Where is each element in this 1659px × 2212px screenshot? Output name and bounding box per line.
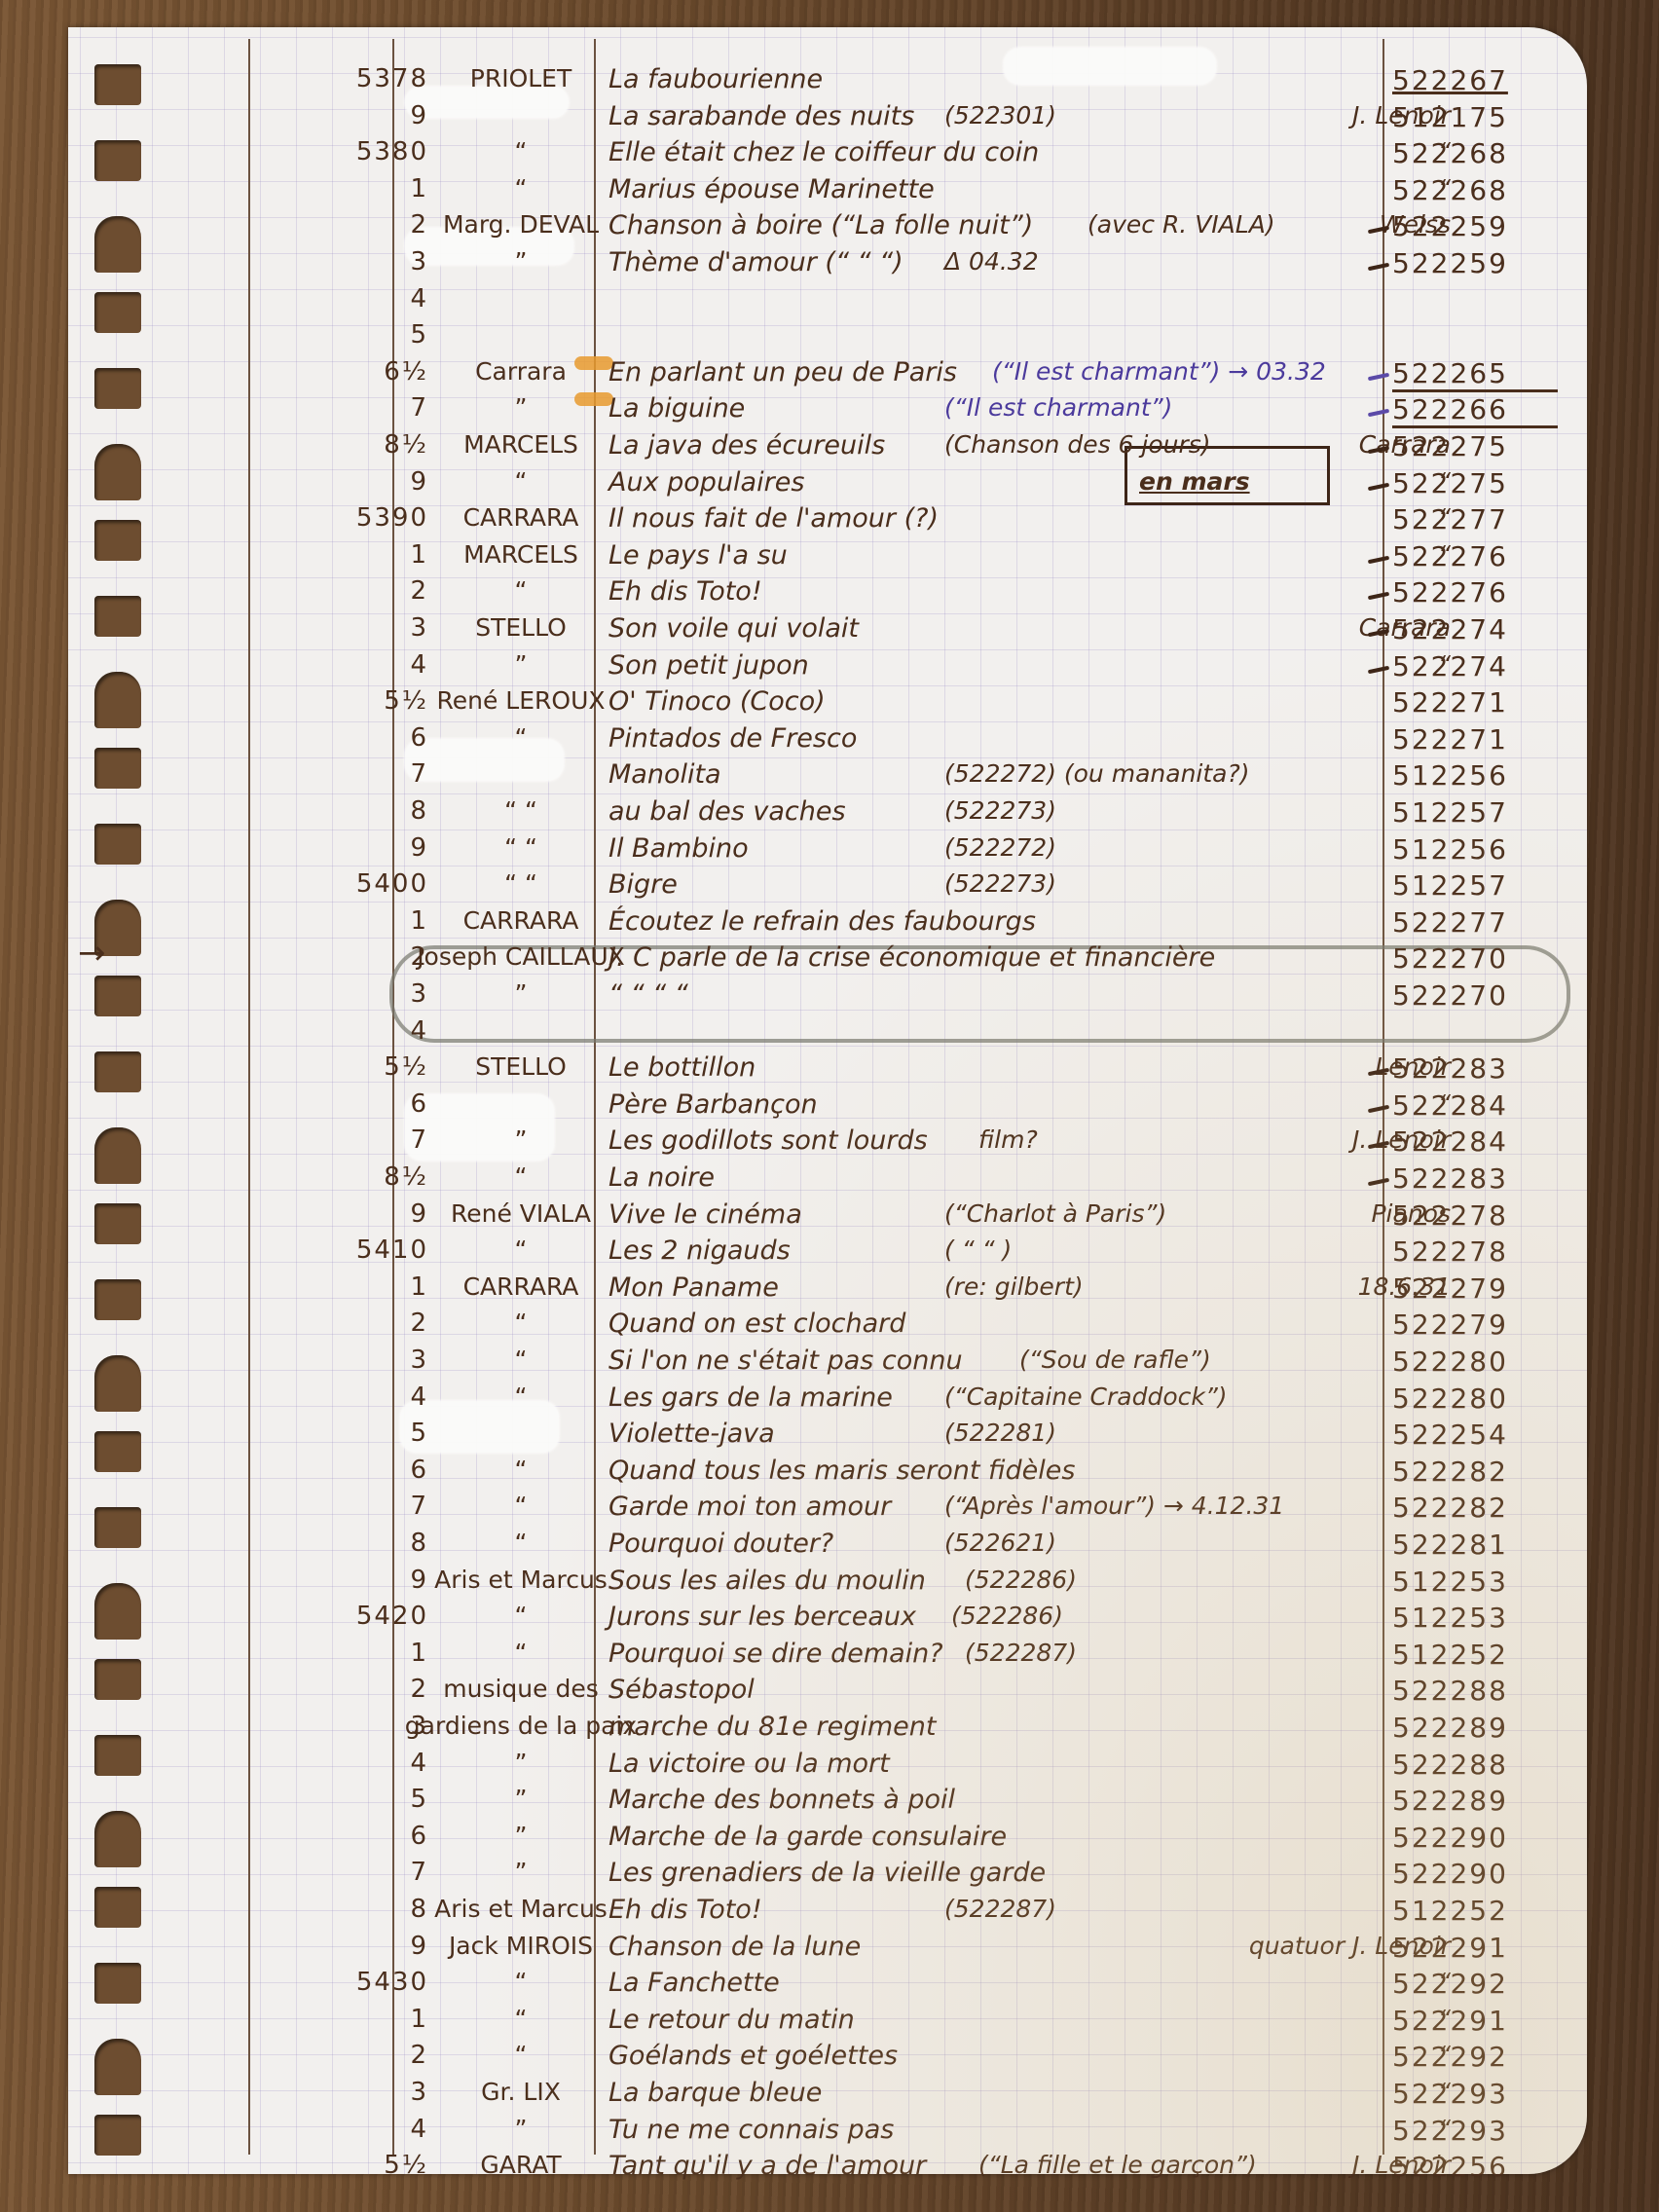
title-annotation: (“Capitaine Craddock”)	[944, 1382, 1228, 1411]
catalogue-number: 512252	[1392, 1639, 1558, 1671]
record-number: 1	[195, 1639, 428, 1668]
ledger-row: 6½ Carrara En parlant un peu de Paris (“…	[68, 357, 1587, 392]
record-number: 5410	[195, 1235, 428, 1265]
record-number: 7	[195, 393, 428, 423]
performer: “	[399, 467, 643, 496]
performer: “	[399, 576, 643, 605]
record-number: 5420	[195, 1602, 428, 1631]
ledger-row: 5378 PRIOLET La faubourienne 522267	[68, 64, 1587, 99]
ledger-row: 8½ “ La noire 522283	[68, 1162, 1587, 1198]
catalogue-number: 522259	[1392, 210, 1558, 242]
performer: Carrara	[399, 357, 643, 386]
record-number: 5390	[195, 503, 428, 533]
record-number: 4	[195, 2115, 428, 2144]
performer: “	[399, 1602, 643, 1630]
ledger-row: 2 “ Goélands et goélettes “ 522292	[68, 2041, 1587, 2076]
title-annotation: (522286)	[965, 1566, 1077, 1594]
performer: ”	[399, 247, 643, 276]
record-number: 4	[195, 650, 428, 680]
record-number: 2	[195, 942, 428, 972]
record-number: 2	[195, 210, 428, 240]
record-number: 2	[195, 1309, 428, 1338]
catalogue-number: 522283	[1392, 1052, 1558, 1085]
song-title: “ “ “ “	[608, 979, 1485, 1010]
performer: gardiens de la paix	[399, 1712, 643, 1740]
ledger-row: 2 “ Eh dis Toto! 522276	[68, 576, 1587, 611]
record-number: 9	[195, 467, 428, 497]
ledger-row: 5	[68, 320, 1587, 355]
performer: “	[399, 1309, 643, 1337]
ledger-row: 3 “ Si l'on ne s'était pas connu (“Sou d…	[68, 1346, 1587, 1381]
record-number: 5	[195, 320, 428, 350]
catalogue-number: 522284	[1392, 1125, 1558, 1158]
record-number: 7	[195, 1125, 428, 1155]
ledger-row: 5 ” Marche des bonnets à poil 522289	[68, 1785, 1587, 1820]
performer: “	[399, 1529, 643, 1557]
ledger-row: 2 Joseph CAILLAUX J. C parle de la crise…	[68, 942, 1587, 977]
performer: CARRARA	[399, 1272, 643, 1301]
song-title: Sébastopol	[608, 1675, 1485, 1705]
ledger-row: 1 CARRARA Écoutez le refrain des faubour…	[68, 906, 1587, 941]
catalogue-number: 522276	[1392, 576, 1558, 608]
record-number: 5½	[195, 1052, 428, 1082]
title-annotation: (522272) (ou mananita?)	[944, 759, 1250, 788]
performer: GARAT	[399, 2151, 643, 2179]
ledger-row: 3 gardiens de la paix marche du 81e regi…	[68, 1712, 1587, 1747]
record-number: 1	[195, 2005, 428, 2034]
title-annotation: (522621)	[944, 1529, 1056, 1557]
ledger-row: 9 René VIALA Vive le cinéma (“Charlot à …	[68, 1199, 1587, 1235]
ledger-row: 1 MARCELS Le pays l'a su “ 522276	[68, 540, 1587, 575]
title-annotation: (“Sou de rafle”)	[1019, 1346, 1211, 1374]
song-title: O' Tinoco (Coco)	[608, 686, 1485, 717]
ledger-row: 5½ GARAT Tant qu'il y a de l'amour (“La …	[68, 2151, 1587, 2186]
ledger-row: 5½ STELLO Le bottillon Lenoir 522283	[68, 1052, 1587, 1088]
ledger-row: 5420 “ Jurons sur les berceaux (522286) …	[68, 1602, 1587, 1637]
record-number: 1	[195, 540, 428, 570]
catalogue-number: 512252	[1392, 1895, 1558, 1927]
catalogue-number: 522277	[1392, 906, 1558, 939]
ledger-row: 4 ” Tu ne me connais pas “ 522293	[68, 2115, 1587, 2150]
performer: Jack MIROIS	[399, 1932, 643, 1960]
catalogue-number: 522270	[1392, 942, 1558, 975]
ledger-row: 5410 “ Les 2 nigauds ( “ “ ) 522278	[68, 1235, 1587, 1271]
record-number: 8	[195, 1529, 428, 1558]
performer: “	[399, 1162, 643, 1191]
song-title: La victoire ou la mort	[608, 1749, 1485, 1779]
title-annotation: (522287)	[944, 1895, 1056, 1923]
catalogue-number: 522271	[1392, 686, 1558, 719]
ledger-row: 1 “ Marius épouse Marinette “ 522268	[68, 174, 1587, 209]
title-annotation: (522273)	[944, 869, 1056, 898]
catalogue-number: 522277	[1392, 503, 1558, 535]
catalogue-number: 522270	[1392, 979, 1558, 1012]
title-annotation: (“Charlot à Paris”)	[944, 1199, 1166, 1228]
song-title: La faubourienne	[608, 64, 1485, 94]
song-title: Eh dis Toto!	[608, 576, 1485, 607]
ledger-row: 1 “ Pourquoi se dire demain? (522287) 51…	[68, 1639, 1587, 1674]
performer: Aris et Marcus	[399, 1895, 643, 1923]
performer: STELLO	[399, 613, 643, 642]
ledger-row: 4	[68, 1016, 1587, 1051]
performer: CARRARA	[399, 906, 643, 935]
catalogue-number: 522268	[1392, 137, 1558, 169]
catalogue-number: 522283	[1392, 1162, 1558, 1195]
catalogue-number: 522279	[1392, 1309, 1558, 1341]
song-title: Marche des bonnets à poil	[608, 1785, 1485, 1815]
catalogue-number: 512256	[1392, 833, 1558, 866]
ledger-row: 9 Jack MIROIS Chanson de la lune quatuor…	[68, 1932, 1587, 1967]
ledger-row: 4 ” Son petit jupon “ 522274	[68, 650, 1587, 685]
title-annotation: (re: gilbert)	[944, 1272, 1084, 1301]
record-number: 2	[195, 1675, 428, 1704]
catalogue-number: 512253	[1392, 1602, 1558, 1634]
performer: CARRARA	[399, 503, 643, 532]
performer: “	[399, 174, 643, 203]
title-annotation: (“Après l'amour”) → 4.12.31	[944, 1492, 1284, 1520]
ledger-row: 4 “ Les gars de la marine (“Capitaine Cr…	[68, 1382, 1587, 1418]
record-number: 5½	[195, 686, 428, 716]
catalogue-number: 512253	[1392, 1566, 1558, 1598]
performer: ”	[399, 1749, 643, 1777]
performer: “	[399, 1968, 643, 1996]
catalogue-number: 522275	[1392, 467, 1558, 499]
title-annotation: (“Il est charmant”)	[944, 393, 1172, 422]
title-annotation: film?	[978, 1125, 1038, 1154]
record-number: 3	[195, 1712, 428, 1741]
ledger-row: 1 “ Le retour du matin “ 522291	[68, 2005, 1587, 2040]
ledger-row: 9 Aris et Marcus Sous les ailes du mouli…	[68, 1566, 1587, 1601]
record-number: 1	[195, 1272, 428, 1302]
catalogue-number: 522289	[1392, 1785, 1558, 1817]
performer: “	[399, 1492, 643, 1520]
catalogue-number: 522282	[1392, 1492, 1558, 1524]
record-number: 5400	[195, 869, 428, 899]
record-number: 4	[195, 284, 428, 313]
record-number: 8½	[195, 430, 428, 460]
ledger-row: 6 Père Barbançon “ 522284	[68, 1089, 1587, 1124]
title-annotation: (522286)	[951, 1602, 1063, 1630]
ledger-row: 5400 “ “ Bigre (522273) 512257	[68, 869, 1587, 904]
performer: Aris et Marcus	[399, 1566, 643, 1594]
record-number: 2	[195, 2041, 428, 2070]
catalogue-number: 512256	[1392, 759, 1558, 792]
performer: “ “	[399, 796, 643, 825]
catalogue-number: 522288	[1392, 1749, 1558, 1781]
catalogue-number: 522288	[1392, 1675, 1558, 1707]
performer: MARCELS	[399, 540, 643, 569]
ledger-row: 1 CARRARA Mon Paname (re: gilbert) 18.6.…	[68, 1272, 1587, 1308]
performer: “	[399, 2005, 643, 2033]
performer: “	[399, 1346, 643, 1374]
record-number: 5	[195, 1419, 428, 1448]
song-title: Thème d'amour (“ “ “)	[608, 247, 1485, 277]
song-title: Pintados de Fresco	[608, 723, 1485, 754]
record-number: 3	[195, 613, 428, 643]
catalogue-number: 522280	[1392, 1346, 1558, 1378]
ledger-row: 7 Manolita (522272) (ou mananita?) 51225…	[68, 759, 1587, 794]
record-number: 5380	[195, 137, 428, 166]
record-number: 5	[195, 1785, 428, 1814]
ledger-row: 7 ” La biguine (“Il est charmant”) 52226…	[68, 393, 1587, 428]
record-number: 7	[195, 1858, 428, 1887]
catalogue-number: 522292	[1392, 1968, 1558, 2000]
record-number: 8	[195, 1895, 428, 1924]
performer: “	[399, 1456, 643, 1484]
catalogue-number: 522275	[1392, 430, 1558, 462]
title-annotation: (Chanson des 6 jours)	[944, 430, 1211, 459]
ledger-row: 4	[68, 284, 1587, 319]
catalogue-number: 522289	[1392, 1712, 1558, 1744]
catalogue-number: 522254	[1392, 1419, 1558, 1451]
record-number: 9	[195, 1199, 428, 1229]
record-number: 6	[195, 1089, 428, 1119]
ledger-row: 3 Gr. LIX La barque bleue “ 522293	[68, 2078, 1587, 2113]
ledger-row: 5 Violette-java (522281) 522254	[68, 1419, 1587, 1454]
song-title: Quand tous les maris seront fidèles	[608, 1456, 1485, 1486]
ledger-row: 7 “ Garde moi ton amour (“Après l'amour”…	[68, 1492, 1587, 1527]
ledger-row: 6 “ Quand tous les maris seront fidèles …	[68, 1456, 1587, 1491]
performer: “	[399, 1235, 643, 1264]
record-number: 7	[195, 1492, 428, 1521]
performer: ”	[399, 2115, 643, 2143]
record-number: 5½	[195, 2151, 428, 2180]
title-annotation: (522281)	[944, 1419, 1056, 1447]
performer: Gr. LIX	[399, 2078, 643, 2106]
record-number: 3	[195, 247, 428, 276]
performer: ”	[399, 650, 643, 679]
catalogue-number: 522281	[1392, 1529, 1558, 1561]
ledger-row: 5390 CARRARA Il nous fait de l'amour (?)…	[68, 503, 1587, 538]
performer: musique des	[399, 1675, 643, 1703]
catalogue-number: 522259	[1392, 247, 1558, 279]
song-title: marche du 81e regiment	[608, 1712, 1485, 1742]
record-number: 3	[195, 2078, 428, 2107]
title-annotation: (“Il est charmant”) → 03.32	[992, 357, 1326, 386]
ledger-row: 9 La sarabande des nuits (522301) J. Len…	[68, 101, 1587, 136]
ledger-row: 5380 “ Elle était chez le coiffeur du co…	[68, 137, 1587, 172]
record-number: 4	[195, 1016, 428, 1046]
record-number: 8	[195, 796, 428, 826]
record-number: 4	[195, 1749, 428, 1778]
performer: ”	[399, 393, 643, 422]
record-number: 6	[195, 1456, 428, 1485]
catalogue-number: 522266	[1392, 393, 1558, 428]
ledger-row: 3 ” Thème d'amour (“ “ “) Δ 04.32 522259	[68, 247, 1587, 282]
ledger-row: 5430 “ La Fanchette “ 522292	[68, 1968, 1587, 2003]
title-annotation: (522287)	[965, 1639, 1077, 1667]
catalogue-number: 522280	[1392, 1382, 1558, 1415]
record-number: 6	[195, 723, 428, 753]
catalogue-number: 522274	[1392, 613, 1558, 645]
record-number: 3	[195, 979, 428, 1009]
margin-arrow-icon: →	[78, 934, 106, 973]
title-annotation: ( “ “ )	[944, 1235, 1012, 1264]
record-number: 9	[195, 1566, 428, 1595]
catalogue-number: 522284	[1392, 1089, 1558, 1122]
performer: “	[399, 1639, 643, 1667]
record-number: 1	[195, 906, 428, 936]
performer: ”	[399, 1125, 643, 1154]
song-title: Les grenadiers de la vieille garde	[608, 1858, 1485, 1888]
title-annotation: (522301)	[944, 101, 1056, 129]
catalogue-number: 512175	[1392, 101, 1558, 133]
ledger-row: 8 Aris et Marcus Eh dis Toto! (522287) 5…	[68, 1895, 1587, 1930]
catalogue-number: 512257	[1392, 869, 1558, 902]
record-number: 9	[195, 1932, 428, 1961]
record-number: 6	[195, 1822, 428, 1851]
performer: “	[399, 137, 643, 166]
ledger-row: 9 “ “ Il Bambino (522272) 512256	[68, 833, 1587, 868]
record-number: 1	[195, 174, 428, 203]
ledger-row: 3 ” “ “ “ “ 522270	[68, 979, 1587, 1014]
ledger-row: 8 “ Pourquoi douter? (522621) 522281	[68, 1529, 1587, 1564]
performer: Joseph CAILLAUX	[399, 942, 643, 971]
catalogue-number: 522276	[1392, 540, 1558, 572]
performer: ”	[399, 1822, 643, 1850]
performer: “	[399, 2041, 643, 2069]
catalogue-number: 522274	[1392, 650, 1558, 682]
title-annotation: Δ 04.32	[944, 247, 1039, 276]
song-title: Quand on est clochard	[608, 1309, 1485, 1339]
performer: “	[399, 723, 643, 752]
title-annotation: (522273)	[944, 796, 1056, 825]
ledger-row: 3 STELLO Son voile qui volait Carrara 52…	[68, 613, 1587, 648]
record-number: 9	[195, 833, 428, 863]
record-number: 3	[195, 1346, 428, 1375]
performer: Marg. DEVAL	[399, 210, 643, 239]
ledger-row: 9 “ Aux populaires en mars “ 522275	[68, 467, 1587, 502]
catalogue-number: 522278	[1392, 1235, 1558, 1268]
catalogue-number: 522265	[1392, 357, 1558, 392]
ledger-row: 6 “ Pintados de Fresco 522271	[68, 723, 1587, 758]
ledger-page: 5378 PRIOLET La faubourienne 522267 9 La…	[68, 27, 1587, 2174]
ledger-row: 7 ” Les grenadiers de la vieille garde 5…	[68, 1858, 1587, 1893]
song-title: La noire	[608, 1162, 1485, 1193]
catalogue-number: 522279	[1392, 1272, 1558, 1305]
performer: René LEROUX	[399, 686, 643, 715]
ledger-row: 8½ MARCELS La java des écureuils (Chanso…	[68, 430, 1587, 465]
performer: PRIOLET	[399, 64, 643, 92]
ledger-row: 8 “ “ au bal des vaches (522273) 512257	[68, 796, 1587, 831]
catalogue-number: 522293	[1392, 2115, 1558, 2147]
catalogue-number: 522291	[1392, 1932, 1558, 1964]
performer: STELLO	[399, 1052, 643, 1081]
record-number: 4	[195, 1382, 428, 1412]
catalogue-number: 522271	[1392, 723, 1558, 756]
record-number: 5430	[195, 1968, 428, 1997]
ledger-row: 2 musique des Sébastopol 522288	[68, 1675, 1587, 1710]
song-title: Les 2 nigauds	[608, 1235, 1485, 1266]
record-number: 8½	[195, 1162, 428, 1192]
performer: ”	[399, 979, 643, 1008]
catalogue-number: 522268	[1392, 174, 1558, 206]
ledger-row: 5½ René LEROUX O' Tinoco (Coco) 522271	[68, 686, 1587, 721]
performer: MARCELS	[399, 430, 643, 459]
ledger-row: 6 ” Marche de la garde consulaire 522290	[68, 1822, 1587, 1857]
catalogue-number: 522290	[1392, 1858, 1558, 1890]
catalogue-number: 522256	[1392, 2151, 1558, 2183]
record-number: 9	[195, 101, 428, 130]
record-number: 7	[195, 759, 428, 789]
ledger-row: 4 ” La victoire ou la mort 522288	[68, 1749, 1587, 1784]
ledger-row: 2 “ Quand on est clochard 522279	[68, 1309, 1587, 1344]
record-number: 6½	[195, 357, 428, 387]
performer: “ “	[399, 869, 643, 898]
ledger-row: 7 ” Les godillots sont lourds film? J. L…	[68, 1125, 1587, 1161]
catalogue-number: 522282	[1392, 1456, 1558, 1488]
catalogue-number: 522291	[1392, 2005, 1558, 2037]
performer: ”	[399, 1858, 643, 1886]
song-title: J. C parle de la crise économique et fin…	[608, 942, 1485, 973]
title-annotation: (522272)	[944, 833, 1056, 862]
record-number: 2	[195, 576, 428, 606]
performer: ”	[399, 1785, 643, 1813]
performer: René VIALA	[399, 1199, 643, 1228]
catalogue-number: 522290	[1392, 1822, 1558, 1854]
catalogue-number: 522267	[1392, 64, 1558, 96]
performer: “	[399, 1382, 643, 1411]
catalogue-number: 522292	[1392, 2041, 1558, 2073]
catalogue-number: 522278	[1392, 1199, 1558, 1232]
catalogue-number: 512257	[1392, 796, 1558, 829]
ledger-row: 2 Marg. DEVAL Chanson à boire (“La folle…	[68, 210, 1587, 245]
song-title: Marche de la garde consulaire	[608, 1822, 1485, 1852]
catalogue-number: 522293	[1392, 2078, 1558, 2110]
record-number: 5378	[195, 64, 428, 93]
performer: “ “	[399, 833, 643, 862]
song-title: Écoutez le refrain des faubourgs	[608, 906, 1485, 937]
